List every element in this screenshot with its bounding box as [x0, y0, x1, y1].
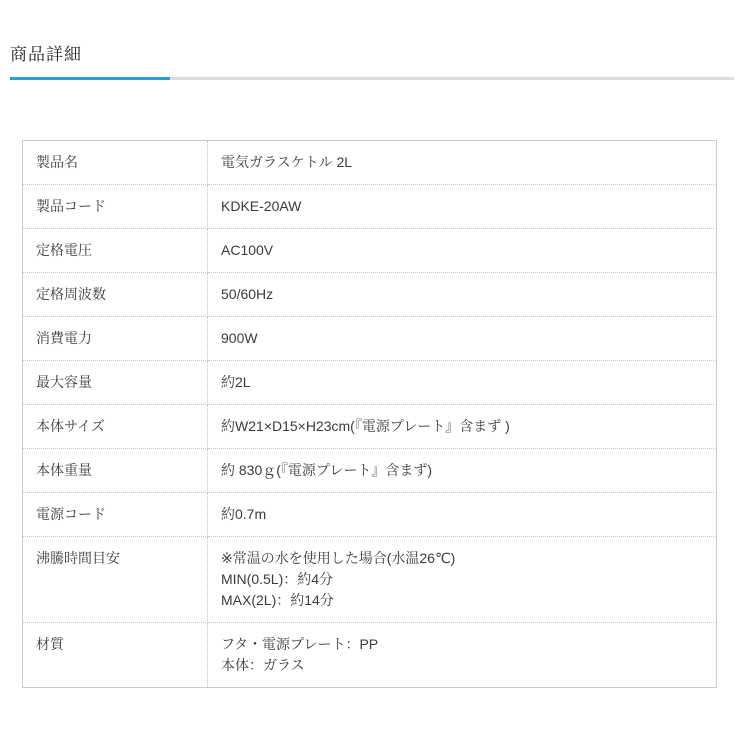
spec-row-product-name: 製品名 電気ガラスケトル 2L	[23, 141, 717, 185]
page-title: 商品詳細	[10, 40, 740, 65]
spec-value-line: MIN(0.5L)：約4分	[221, 569, 703, 590]
product-detail-page: 商品詳細 製品名 電気ガラスケトル 2L 製品コード KDKE-20AW 定格電…	[0, 0, 740, 746]
spec-value-line: 電気ガラスケトル 2L	[221, 152, 703, 173]
product-spec-table: 製品名 電気ガラスケトル 2L 製品コード KDKE-20AW 定格電圧 AC1…	[22, 140, 717, 688]
spec-label: 定格電圧	[23, 229, 208, 273]
spec-row-body-size: 本体サイズ 約W21×D15×H23cm(『電源プレート』含まず )	[23, 405, 717, 449]
spec-value-line: 約0.7m	[221, 504, 703, 525]
section-header: 商品詳細	[10, 40, 740, 65]
spec-value: 約2L	[208, 361, 717, 405]
spec-value: 電気ガラスケトル 2L	[208, 141, 717, 185]
spec-label: 材質	[23, 623, 208, 688]
spec-label: 電源コード	[23, 493, 208, 537]
spec-label: 最大容量	[23, 361, 208, 405]
spec-label: 本体サイズ	[23, 405, 208, 449]
spec-row-rated-frequency: 定格周波数 50/60Hz	[23, 273, 717, 317]
spec-row-max-capacity: 最大容量 約2L	[23, 361, 717, 405]
spec-label: 沸騰時間目安	[23, 537, 208, 623]
spec-value: KDKE-20AW	[208, 185, 717, 229]
spec-row-body-weight: 本体重量 約 830ｇ(『電源プレート』含まず)	[23, 449, 717, 493]
spec-value: 約0.7m	[208, 493, 717, 537]
spec-value-line: AC100V	[221, 240, 703, 261]
spec-value: 約W21×D15×H23cm(『電源プレート』含まず )	[208, 405, 717, 449]
spec-value-line: 約 830ｇ(『電源プレート』含まず)	[221, 460, 703, 481]
header-rule-accent	[10, 77, 170, 80]
spec-label: 消費電力	[23, 317, 208, 361]
spec-value-line: ※常温の水を使用した場合(水温26℃)	[221, 548, 703, 569]
spec-row-product-code: 製品コード KDKE-20AW	[23, 185, 717, 229]
spec-value: ※常温の水を使用した場合(水温26℃) MIN(0.5L)：約4分 MAX(2L…	[208, 537, 717, 623]
spec-value-line: MAX(2L)：約14分	[221, 590, 703, 611]
spec-value-line: フタ・電源プレート：PP	[221, 634, 703, 655]
spec-row-rated-voltage: 定格電圧 AC100V	[23, 229, 717, 273]
spec-value: 50/60Hz	[208, 273, 717, 317]
spec-label: 製品名	[23, 141, 208, 185]
spec-value-line: 本体：ガラス	[221, 655, 703, 676]
spec-value: フタ・電源プレート：PP 本体：ガラス	[208, 623, 717, 688]
spec-value-line: 50/60Hz	[221, 284, 703, 305]
spec-value-line: 約2L	[221, 372, 703, 393]
spec-value: 900W	[208, 317, 717, 361]
spec-row-power-consumption: 消費電力 900W	[23, 317, 717, 361]
spec-label: 製品コード	[23, 185, 208, 229]
spec-row-power-cord: 電源コード 約0.7m	[23, 493, 717, 537]
spec-value-line: 900W	[221, 328, 703, 349]
spec-label: 定格周波数	[23, 273, 208, 317]
spec-row-material: 材質 フタ・電源プレート：PP 本体：ガラス	[23, 623, 717, 688]
spec-value-line: 約W21×D15×H23cm(『電源プレート』含まず )	[221, 416, 703, 437]
spec-label: 本体重量	[23, 449, 208, 493]
header-rule	[10, 77, 734, 80]
spec-value-line: KDKE-20AW	[221, 196, 703, 217]
spec-value: 約 830ｇ(『電源プレート』含まず)	[208, 449, 717, 493]
spec-value: AC100V	[208, 229, 717, 273]
spec-row-boiling-time: 沸騰時間目安 ※常温の水を使用した場合(水温26℃) MIN(0.5L)：約4分…	[23, 537, 717, 623]
